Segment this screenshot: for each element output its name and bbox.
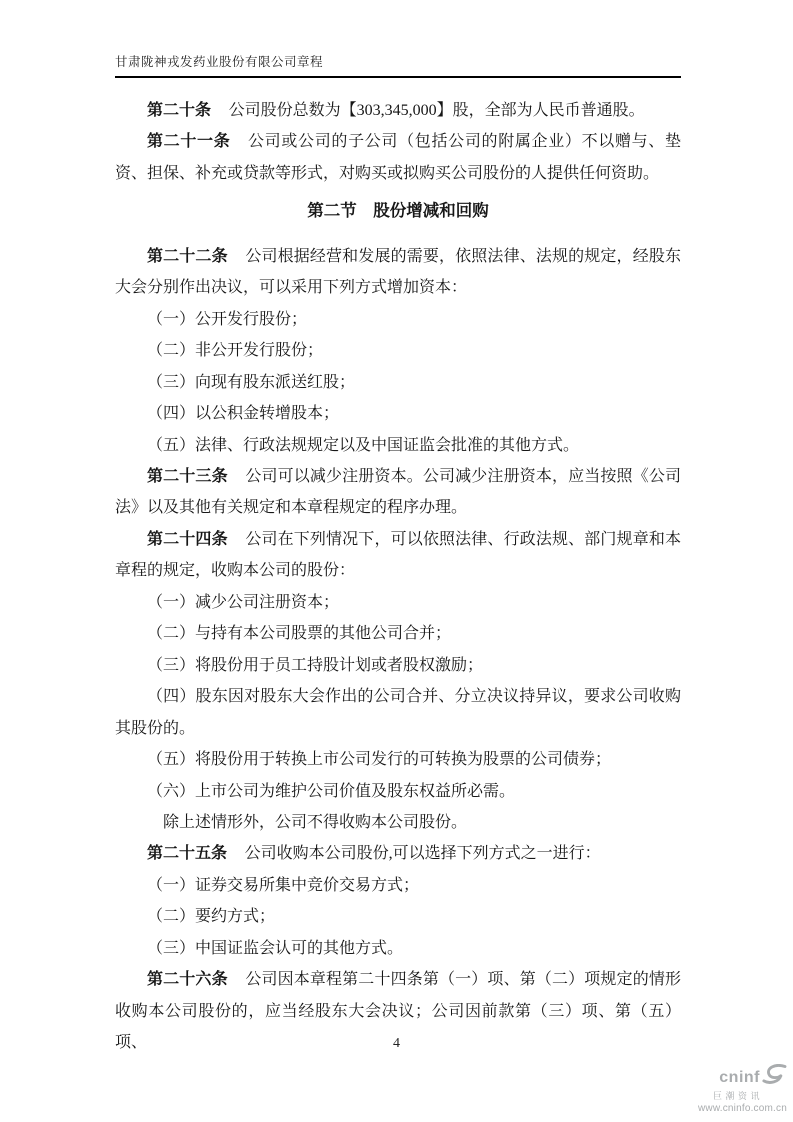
article-number: 第二十五条 — [147, 845, 227, 862]
paragraph: （五）将股份用于转换上市公司发行的可转换为股票的公司债券； — [115, 744, 681, 775]
paragraph: （四）以公积金转增股本； — [115, 398, 681, 429]
paragraph: （二）与持有本公司股票的其他公司合并； — [115, 618, 681, 649]
page-header: 甘肃陇神戎发药业股份有限公司章程 — [115, 52, 681, 78]
cninfo-logo: cninf 巨潮资讯 www.cninfo.com.cn — [698, 1064, 787, 1114]
paragraph-text: （三）向现有股东派送红股； — [147, 374, 355, 391]
header-title: 甘肃陇神戎发药业股份有限公司章程 — [115, 55, 323, 69]
paragraph-text: 公司股份总数为【303,345,000】股，全部为人民币普通股。 — [229, 102, 645, 119]
article-number: 第二十六条 — [147, 971, 228, 988]
paragraph-text: （六）上市公司为维护公司价值及股东权益所必需。 — [147, 783, 515, 800]
paragraph: 第二十三条公司可以减少注册资本。公司减少注册资本，应当按照《公司法》以及其他有关… — [115, 461, 681, 524]
paragraph-text: （五）法律、行政法规规定以及中国证监会批准的其他方式。 — [147, 437, 579, 454]
article-number: 第二十四条 — [147, 531, 228, 548]
paragraph: （一）公开发行股份； — [115, 304, 681, 335]
paragraph: （二）要约方式； — [115, 901, 681, 932]
paragraph: 第二十四条公司在下列情况下，可以依照法律、行政法规、部门规章和本章程的规定，收购… — [115, 524, 681, 587]
paragraph: （三）中国证监会认可的其他方式。 — [115, 933, 681, 964]
paragraph-text: 第二节 股份增减和回购 — [307, 201, 489, 220]
paragraph-text: （五）将股份用于转换上市公司发行的可转换为股票的公司债券； — [147, 751, 611, 768]
paragraph-text: （三）中国证监会认可的其他方式。 — [147, 940, 403, 957]
paragraph-text: （四）以公积金转增股本； — [147, 405, 339, 422]
cninfo-swirl-icon — [761, 1064, 787, 1091]
paragraph-text: （一）公开发行股份； — [147, 311, 307, 328]
paragraph: 第二十一条公司或公司的子公司（包括公司的附属企业）不以赠与、垫资、担保、补充或贷… — [115, 126, 681, 189]
logo-chinese-text: 巨潮资讯 — [713, 1092, 763, 1102]
paragraph: （三）将股份用于员工持股计划或者股权激励； — [115, 650, 681, 681]
paragraph-text: 公司收购本公司股份,可以选择下列方式之一进行： — [245, 845, 601, 862]
paragraph: （三）向现有股东派送红股； — [115, 367, 681, 398]
paragraph: （一）证券交易所集中竞价交易方式； — [115, 870, 681, 901]
paragraph-text: （三）将股份用于员工持股计划或者股权激励； — [147, 657, 483, 674]
logo-url-text: www.cninfo.com.cn — [698, 1103, 787, 1114]
section-heading: 第二节 股份增减和回购 — [115, 195, 681, 226]
paragraph: 第二十五条公司收购本公司股份,可以选择下列方式之一进行： — [115, 838, 681, 869]
document-body: 第二十条公司股份总数为【303,345,000】股，全部为人民币普通股。第二十一… — [115, 95, 681, 1059]
paragraph: （四）股东因对股东大会作出的公司合并、分立决议持异议，要求公司收购其股份的。 — [115, 681, 681, 744]
paragraph: （五）法律、行政法规规定以及中国证监会批准的其他方式。 — [115, 430, 681, 461]
paragraph: 除上述情形外，公司不得收购本公司股份。 — [115, 807, 681, 838]
paragraph-text: （二）非公开发行股份； — [147, 342, 323, 359]
article-number: 第二十三条 — [147, 468, 228, 485]
logo-brand-row: cninf — [719, 1064, 787, 1091]
article-number: 第二十一条 — [147, 133, 230, 150]
paragraph: 第二十二条公司根据经营和发展的需要，依照法律、法规的规定，经股东大会分别作出决议… — [115, 241, 681, 304]
paragraph: （二）非公开发行股份； — [115, 335, 681, 366]
paragraph: 第二十条公司股份总数为【303,345,000】股，全部为人民币普通股。 — [115, 95, 681, 126]
paragraph-text: （二）与持有本公司股票的其他公司合并； — [147, 625, 451, 642]
paragraph-text: （二）要约方式； — [147, 908, 275, 925]
document-page: 甘肃陇神戎发药业股份有限公司章程 第二十条公司股份总数为【303,345,000… — [0, 0, 793, 1122]
paragraph-text: 除上述情形外，公司不得收购本公司股份。 — [163, 814, 467, 831]
paragraph-text: （一）减少公司注册资本； — [147, 594, 339, 611]
paragraph-text: （一）证券交易所集中竞价交易方式； — [147, 877, 419, 894]
paragraph: （六）上市公司为维护公司价值及股东权益所必需。 — [115, 776, 681, 807]
article-number: 第二十条 — [147, 102, 211, 119]
paragraph: （一）减少公司注册资本； — [115, 587, 681, 618]
logo-brand-text: cninf — [719, 1069, 760, 1087]
article-number: 第二十二条 — [147, 248, 228, 265]
paragraph-text: （四）股东因对股东大会作出的公司合并、分立决议持异议，要求公司收购其股份的。 — [115, 688, 681, 736]
page-number: 4 — [0, 1036, 793, 1052]
